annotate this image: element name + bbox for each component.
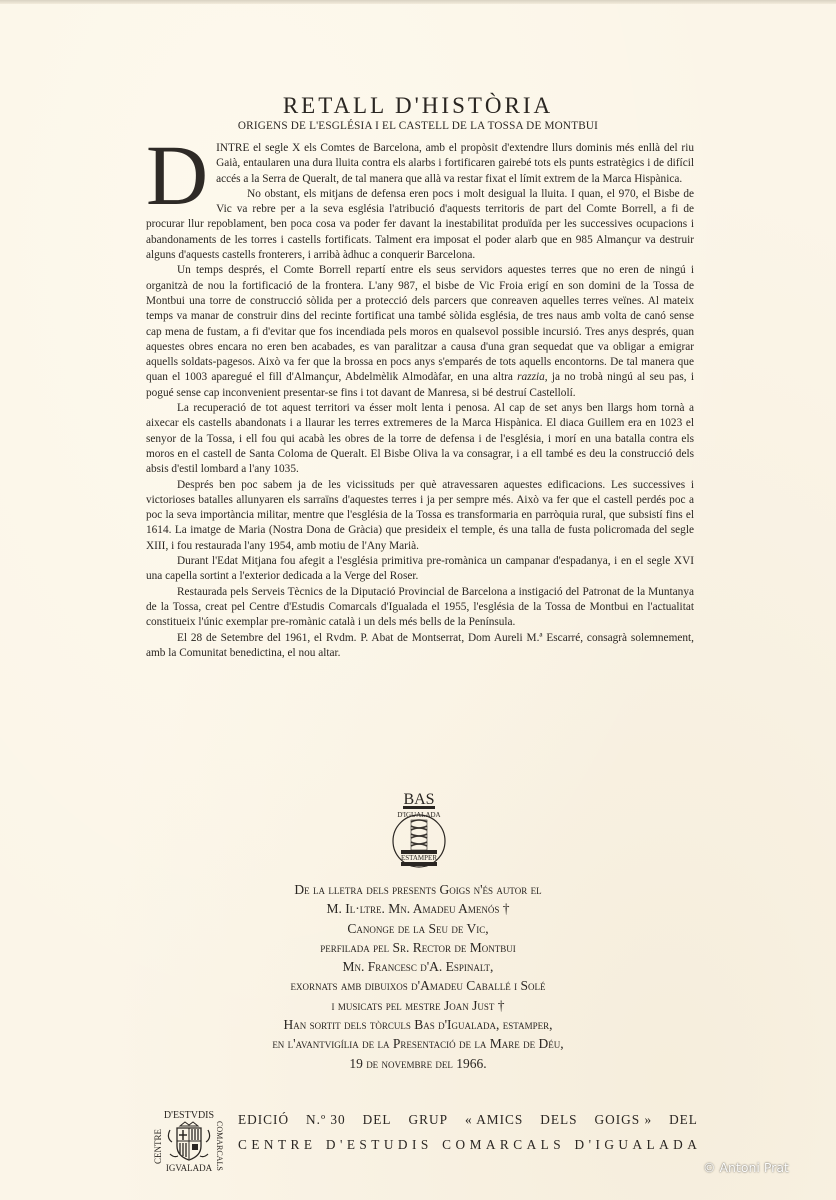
colophon: De la lletra dels presents Goigs n'és au…	[0, 880, 836, 1073]
edition-letter	[316, 1137, 322, 1153]
svg-text:D'ESTVDIS: D'ESTVDIS	[164, 1110, 214, 1121]
edition-letter: E	[304, 1137, 313, 1153]
edition-line-1: EDICIÓ N.º 30 DEL GRUP « AMICS DELS GOIG…	[238, 1112, 698, 1128]
edition-letter: '	[589, 1137, 592, 1153]
page-subtitle: ORIGENS DE L'ESGLÉSIA I EL CASTELL DE LA…	[0, 120, 836, 132]
edition-letter: A	[527, 1137, 538, 1153]
paragraph-4: La recuperació de tot aquest territori v…	[146, 401, 694, 477]
edition-letter: D	[673, 1137, 684, 1153]
colophon-line: Mn. Francesc d'A. Espinalt,	[0, 957, 836, 976]
edition-letter: U	[384, 1137, 395, 1153]
edition-letter: N	[264, 1137, 275, 1153]
edition-letter: E	[251, 1137, 260, 1153]
edition-letter: U	[618, 1137, 629, 1153]
edition-letter: R	[291, 1137, 301, 1153]
edition-letter: D	[326, 1137, 337, 1153]
edition-letter: M	[470, 1137, 483, 1153]
paragraph-2: No obstant, els mitjans de defensa eren …	[146, 187, 694, 263]
edition-letter: L	[541, 1137, 550, 1153]
edition-letter: G	[604, 1137, 615, 1153]
page-title: RETALL D'HISTÒRIA	[0, 93, 836, 119]
edition-line-2: CENTRED'ESTUDISCOMARCALSD'IGUALADA	[238, 1137, 698, 1153]
svg-text:COMARCALS: COMARCALS	[215, 1121, 224, 1171]
edition-letter: L	[647, 1137, 656, 1153]
paragraph-7: Restaurada pels Serveis Tècnics de la Di…	[146, 585, 694, 631]
colophon-line: 19 de novembre del 1966.	[0, 1054, 836, 1073]
edition-letter: T	[371, 1137, 380, 1153]
centre-estudis-seal: D'ESTVDIS IGVALADA CENTRE COMARCALS	[152, 1108, 226, 1172]
drop-cap: D	[146, 144, 208, 208]
colophon-line: M. Il·ltre. Mn. Amadeu Amenós †	[0, 899, 836, 918]
edition-letter: S	[359, 1137, 367, 1153]
paragraph-6: Durant l'Edat Mitjana fou afegit a l'esg…	[146, 554, 694, 585]
edition-letter: A	[486, 1137, 497, 1153]
printer-logo: BAS D'IGUALADA ESTAMPER	[389, 786, 449, 876]
edition-letter: T	[278, 1137, 287, 1153]
colophon-line: Han sortit dels tòrculs Bas d'Igualada, …	[0, 1015, 836, 1034]
edition-letter: A	[659, 1137, 670, 1153]
logo-top-text: BAS	[403, 791, 434, 808]
paragraph-5: Després ben poc sabem ja de les vicissit…	[146, 478, 694, 554]
logo-bottom-text: ESTAMPER	[401, 854, 437, 862]
edition-letter: R	[500, 1137, 510, 1153]
edition-notice: EDICIÓ N.º 30 DEL GRUP « AMICS DELS GOIG…	[238, 1112, 698, 1153]
paragraph-3: Un temps després, el Comte Borrell repar…	[146, 263, 694, 401]
edition-letter: '	[340, 1137, 343, 1153]
edition-letter: S	[553, 1137, 561, 1153]
edition-letter: D	[398, 1137, 409, 1153]
edition-letter: E	[347, 1137, 356, 1153]
edition-letter: C	[513, 1137, 523, 1153]
coat-of-arms-icon: D'ESTVDIS IGVALADA CENTRE COMARCALS	[152, 1108, 226, 1172]
edition-letter	[433, 1137, 439, 1153]
svg-text:CENTRE: CENTRE	[153, 1128, 163, 1164]
edition-letter: A	[687, 1137, 698, 1153]
colophon-line: i musicats pel mestre Joan Just †	[0, 996, 836, 1015]
colophon-line: exornats amb dibuixos d'Amadeu Caballé i…	[0, 976, 836, 995]
edition-letter: O	[456, 1137, 467, 1153]
edition-letter: C	[238, 1137, 248, 1153]
article-body: DINTRE el segle X els Comtes de Barcelon…	[146, 141, 694, 661]
document-page: RETALL D'HISTÒRIA ORIGENS DE L'ESGLÉSIA …	[0, 0, 836, 1200]
italic-term: razzia	[517, 371, 545, 383]
colophon-line: perfilada pel Sr. Rector de Montbui	[0, 938, 836, 957]
edition-letter: I	[595, 1137, 600, 1153]
colophon-line: Canonge de la Seu de Vic,	[0, 919, 836, 938]
colophon-line: en l'avantvigília de la Presentació de l…	[0, 1034, 836, 1053]
paragraph-8: El 28 de Setembre del 1961, el Rvdm. P. …	[146, 631, 694, 662]
printing-press-screw-icon: BAS D'IGUALADA ESTAMPER	[389, 786, 449, 876]
colophon-line: De la lletra dels presents Goigs n'és au…	[0, 880, 836, 899]
edition-letter: C	[442, 1137, 452, 1153]
page-top-edge	[0, 0, 836, 4]
edition-letter: D	[575, 1137, 586, 1153]
svg-text:IGVALADA: IGVALADA	[166, 1163, 213, 1172]
edition-letter: S	[421, 1137, 429, 1153]
edition-letter: I	[412, 1137, 417, 1153]
edition-letter	[565, 1137, 571, 1153]
copyright-watermark: © Antoni Prat	[703, 1160, 789, 1175]
edition-letter: A	[632, 1137, 643, 1153]
paragraph-1-text: INTRE el segle X els Comtes de Barcelona…	[146, 141, 694, 187]
paragraph-1: DINTRE el segle X els Comtes de Barcelon…	[146, 141, 694, 187]
